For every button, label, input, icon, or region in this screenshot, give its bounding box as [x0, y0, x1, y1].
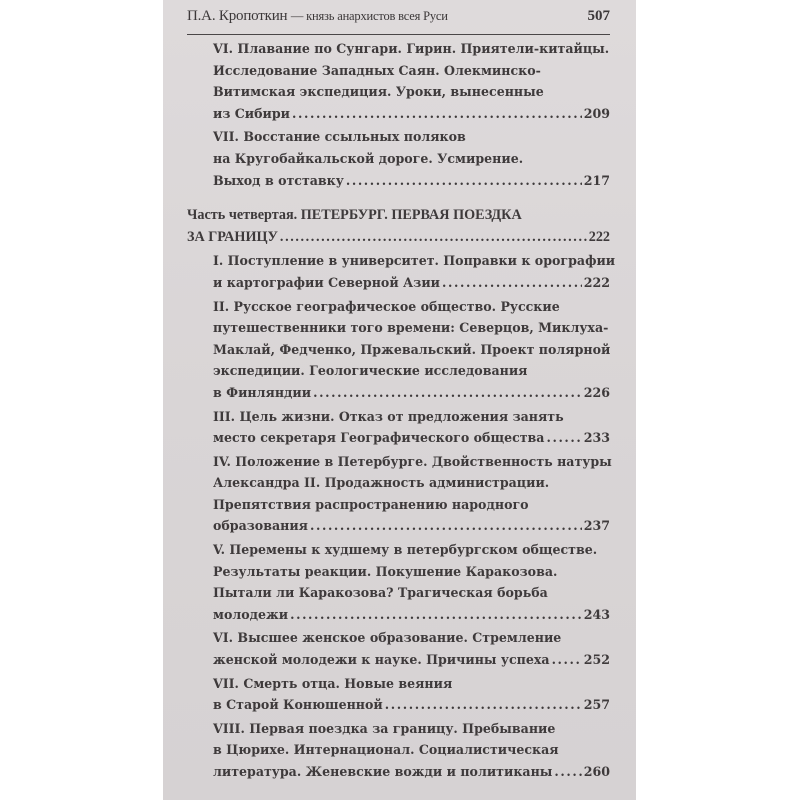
- toc-entry-text: место секретаря Географического общества: [213, 427, 544, 449]
- toc-entry-text: женской молодежи к науке. Причины успеха: [213, 649, 550, 671]
- toc-entry-last-line: женской молодежи к науке. Причины успеха…: [213, 649, 610, 671]
- toc-entry-text: Выход в отставку: [213, 170, 344, 192]
- toc-entry-line: экспедиции. Геологические исследования: [213, 360, 610, 382]
- toc-entry-line: IV. Положение в Петербурге. Двойственнос…: [213, 451, 610, 473]
- toc-entry: IV. Положение в Петербурге. Двойственнос…: [187, 451, 610, 537]
- toc-entry-last-line: из Сибири209: [213, 103, 610, 125]
- toc-entry-text: образования: [213, 515, 308, 537]
- toc-entry-line: VII. Смерть отца. Новые веяния: [213, 673, 610, 695]
- toc-entry-last-line: литература. Женевские вожди и политиканы…: [213, 761, 610, 783]
- toc-entry-last-line: место секретаря Географического общества…: [213, 427, 610, 449]
- toc-entry-line: VI. Плавание по Сунгари. Гирин. Приятели…: [213, 38, 610, 60]
- toc-page-number: 252: [584, 649, 610, 671]
- toc-entry-line: Исследование Западных Саян. Олекминско-: [213, 60, 610, 82]
- toc-entry-line: в Цюрихе. Интернационал. Социалистическа…: [213, 739, 610, 761]
- toc-entry-line: Александра II. Продажность администрации…: [213, 472, 610, 494]
- toc-part-heading: Часть четвертая. ПЕТЕРБУРГ. ПЕРВАЯ ПОЕЗД…: [187, 205, 610, 248]
- toc-entry: VII. Восстание ссыльных поляковна Кругоб…: [187, 126, 610, 191]
- toc-entry-last-line: и картографии Северной Азии222: [213, 272, 610, 294]
- toc-entry-text: ЗА ГРАНИЦУ: [187, 227, 278, 249]
- dot-leader: [442, 272, 582, 294]
- toc-page-number: 217: [584, 170, 610, 192]
- toc-entry-text: из Сибири: [213, 103, 290, 125]
- toc-page-number: 222: [584, 272, 610, 294]
- toc-entry-last-line: в Финляндии226: [213, 382, 610, 404]
- toc-entry: VIII. Первая поездка за границу. Пребыва…: [187, 718, 610, 783]
- toc-page-number: 260: [584, 761, 610, 783]
- toc-entry: III. Цель жизни. Отказ от предложения за…: [187, 406, 610, 449]
- toc-entry-line: VI. Высшее женское образование. Стремлен…: [213, 627, 610, 649]
- book-page: П.А. Кропоткин — князь анархистов всея Р…: [163, 0, 636, 800]
- toc-entry-line: Результаты реакции. Покушение Каракозова…: [213, 561, 610, 583]
- toc-entry-last-line: Выход в отставку217: [213, 170, 610, 192]
- toc-entry-line: Витимская экспедиция. Уроки, вынесенные: [213, 81, 610, 103]
- toc-entry-line: VII. Восстание ссыльных поляков: [213, 126, 610, 148]
- dot-leader: [554, 761, 581, 783]
- toc-entry-text: и картографии Северной Азии: [213, 272, 440, 294]
- dot-leader: [290, 604, 582, 626]
- toc-entry-text: литература. Женевские вожди и политиканы: [213, 761, 552, 783]
- dot-leader: [346, 170, 582, 192]
- running-title: П.А. Кропоткин — князь анархистов всея Р…: [187, 8, 448, 25]
- toc-page-number: 226: [584, 382, 610, 404]
- toc-entry-line: V. Перемены к худшему в петербургском об…: [213, 539, 610, 561]
- toc-entry-last-line: молодежи243: [213, 604, 610, 626]
- toc-entry-text: молодежи: [213, 604, 288, 626]
- toc-entry: II. Русское географическое общество. Рус…: [187, 296, 610, 404]
- toc-entry-line: на Кругобайкальской дороге. Усмирение.: [213, 148, 610, 170]
- toc-entry-last-line: образования237: [213, 515, 610, 537]
- toc-entry-line: Пытали ли Каракозова? Трагическая борьба: [213, 582, 610, 604]
- toc-entry-last-line: в Старой Конюшенной257: [213, 694, 610, 716]
- running-header: П.А. Кропоткин — князь анархистов всея Р…: [187, 8, 610, 35]
- toc-entry: V. Перемены к худшему в петербургском об…: [187, 539, 610, 625]
- toc-entry: VI. Плавание по Сунгари. Гирин. Приятели…: [187, 38, 610, 124]
- toc-entry-last-line: ЗА ГРАНИЦУ222: [187, 227, 610, 249]
- toc-page-number: 233: [584, 427, 610, 449]
- table-of-contents: VI. Плавание по Сунгари. Гирин. Приятели…: [187, 38, 610, 785]
- header-author: П.А. Кропоткин: [187, 8, 287, 24]
- toc-entry-text: в Финляндии: [213, 382, 311, 404]
- dot-leader: [292, 103, 582, 125]
- dot-leader: [552, 649, 582, 671]
- toc-entry-text: в Старой Конюшенной: [213, 694, 383, 716]
- dot-leader: [280, 227, 587, 249]
- toc-entry-line: III. Цель жизни. Отказ от предложения за…: [213, 406, 610, 428]
- toc-entry-line: VIII. Первая поездка за границу. Пребыва…: [213, 718, 610, 740]
- toc-entry-line: II. Русское географическое общество. Рус…: [213, 296, 610, 318]
- toc-entry-line: Маклай, Федченко, Пржевальский. Проект п…: [213, 339, 610, 361]
- toc-page-number: 257: [584, 694, 610, 716]
- toc-page-number: 222: [589, 227, 610, 249]
- toc-page-number: 243: [584, 604, 610, 626]
- dot-leader: [313, 382, 582, 404]
- toc-entry-line: Часть четвертая. ПЕТЕРБУРГ. ПЕРВАЯ ПОЕЗД…: [187, 205, 610, 227]
- toc-entry-line: I. Поступление в университет. Поправки к…: [213, 250, 610, 272]
- dot-leader: [310, 515, 582, 537]
- toc-entry: VII. Смерть отца. Новые веянияв Старой К…: [187, 673, 610, 716]
- dot-leader: [546, 427, 581, 449]
- page-number: 507: [588, 8, 611, 25]
- toc-page-number: 209: [584, 103, 610, 125]
- toc-entry-line: Препятствия распространению народного: [213, 494, 610, 516]
- toc-entry-line: путешественники того времени: Северцов, …: [213, 317, 610, 339]
- toc-entry: VI. Высшее женское образование. Стремлен…: [187, 627, 610, 670]
- toc-entry: I. Поступление в университет. Поправки к…: [187, 250, 610, 293]
- toc-page-number: 237: [584, 515, 610, 537]
- dot-leader: [385, 694, 582, 716]
- header-subtitle: — князь анархистов всея Руси: [291, 9, 448, 23]
